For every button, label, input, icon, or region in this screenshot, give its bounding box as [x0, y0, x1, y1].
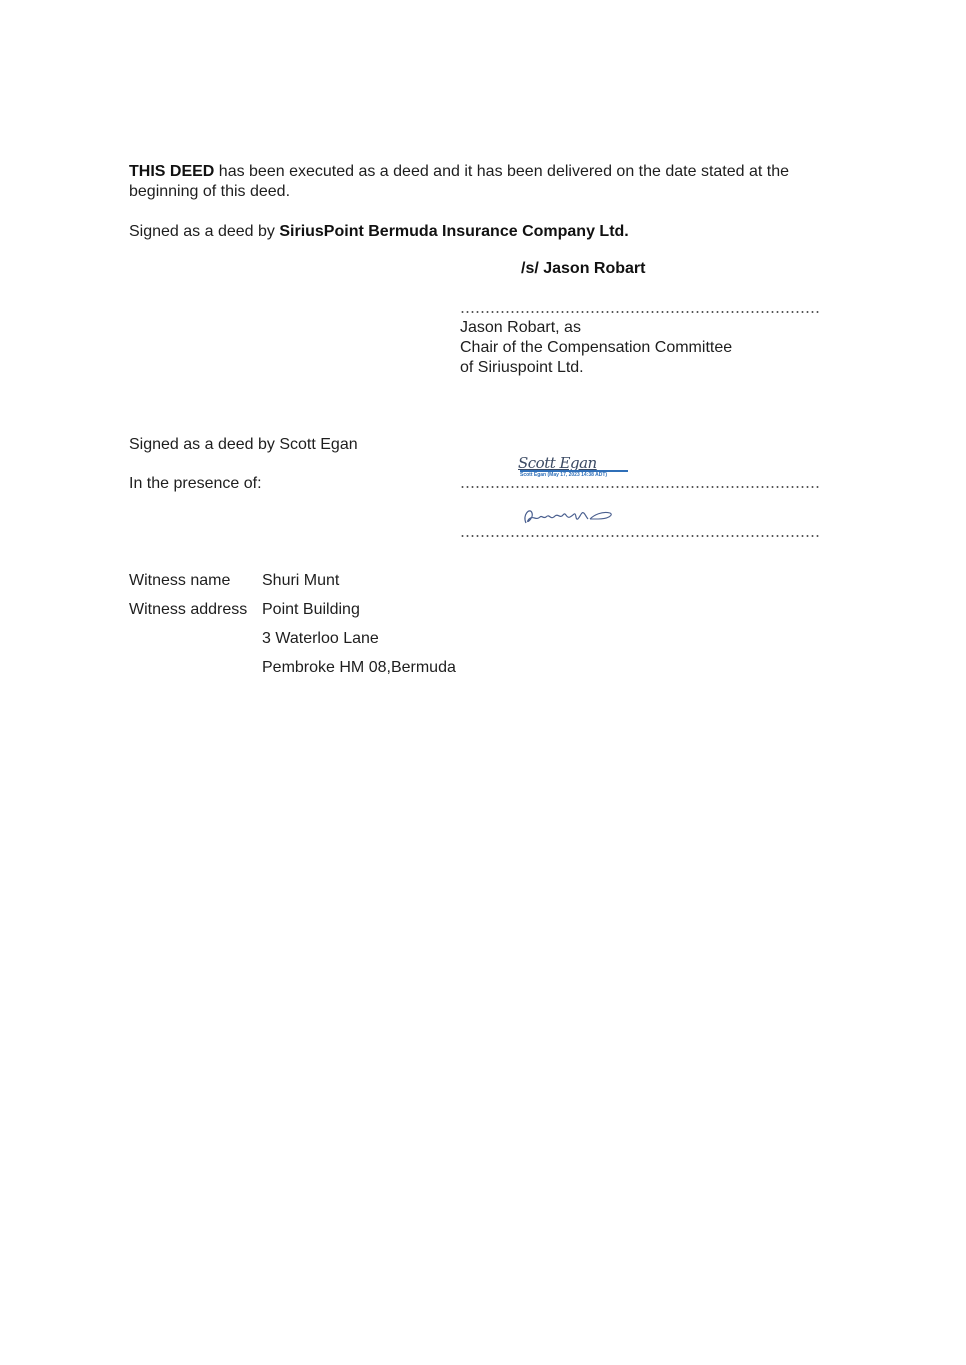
witness-address-label: Witness address [129, 600, 247, 620]
individual-signing-line: Signed as a deed by Scott Egan [129, 435, 358, 455]
deed-statement-text: has been executed as a deed and it has b… [129, 163, 789, 200]
company-signing-line: Signed as a deed by SiriusPoint Bermuda … [129, 222, 849, 242]
deed-execution-statement: THIS DEED has been executed as a deed an… [129, 162, 849, 202]
witness-address-line: Pembroke HM 08,Bermuda [262, 658, 456, 678]
company-signing-prefix: Signed as a deed by [129, 223, 279, 240]
esignature-caption: Scott Egan (May 17, 2023 14:38 ADT) [520, 472, 607, 478]
conformed-signature: /s/ Jason Robart [521, 260, 645, 278]
deed-lead-bold: THIS DEED [129, 163, 214, 180]
signature-line-company [460, 311, 820, 313]
witness-signature-icon [520, 505, 615, 534]
witness-name-value: Shuri Munt [262, 571, 339, 591]
signatory-line: of Siriuspoint Ltd. [460, 358, 732, 378]
signatory-line: Chair of the Compensation Committee [460, 338, 732, 358]
signatory-line: Jason Robart, as [460, 318, 732, 338]
presence-label: In the presence of: [129, 474, 262, 494]
company-signatory-block: Jason Robart, as Chair of the Compensati… [460, 318, 732, 378]
company-name: SiriusPoint Bermuda Insurance Company Lt… [279, 223, 628, 240]
signature-line-individual [460, 486, 820, 488]
esignature-scott-egan: Scott Egan Scott Egan (May 17, 2023 14:3… [518, 454, 597, 473]
witness-name-label: Witness name [129, 571, 230, 591]
witness-address-line: 3 Waterloo Lane [262, 629, 379, 649]
witness-address-line: Point Building [262, 600, 360, 620]
signature-line-witness [460, 535, 820, 537]
